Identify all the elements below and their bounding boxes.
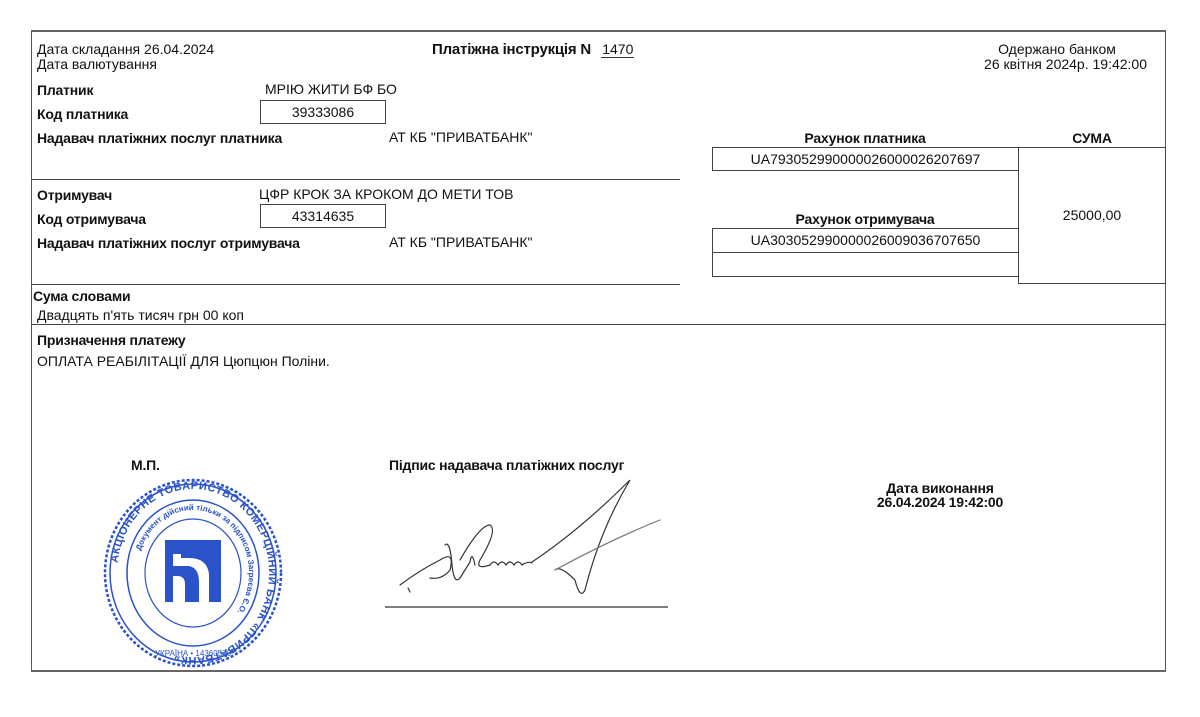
stamp-label: М.П. — [131, 458, 160, 473]
execution-datetime: 26.04.2024 19:42:00 — [840, 495, 1040, 509]
signature-icon — [380, 470, 680, 610]
payer-provider: АТ КБ "ПРИВАТБАНК" — [389, 130, 532, 145]
payer-code-label: Код платника — [37, 107, 128, 122]
date-composed: Дата складання 26.04.2024 — [37, 42, 214, 57]
execution-block: Дата виконання 26.04.2024 19:42:00 — [840, 481, 1040, 509]
instruction-label: Платіжна інструкція N — [432, 41, 591, 58]
recipient-account-label: Рахунок отримувача — [712, 212, 1018, 227]
instruction-number: 1470 — [601, 41, 634, 58]
payer-code-field: 39333086 — [260, 100, 386, 124]
recipient-label: Отримувач — [37, 188, 112, 203]
recipient-name: ЦФР КРОК ЗА КРОКОМ ДО МЕТИ ТОВ — [259, 187, 513, 202]
purpose-text: ОПЛАТА РЕАБІЛІТАЦІЇ ДЛЯ Цюпцюн Поліни. — [37, 354, 330, 369]
payer-account-field: UA793052990000026000026207697 — [712, 147, 1019, 171]
payer-label: Платник — [37, 83, 93, 98]
received-block: Одержано банком 26 квітня 2024р. 19:42:0… — [897, 42, 1147, 72]
recipient-section-divider — [31, 284, 680, 285]
received-datetime: 26 квітня 2024р. 19:42:00 — [897, 57, 1147, 72]
date-composed-value: 26.04.2024 — [144, 41, 214, 57]
recipient-provider-label: Надавач платіжних послуг отримувача — [37, 236, 300, 251]
amount-words: Двадцять п'ять тисяч грн 00 коп — [37, 308, 244, 323]
bank-stamp-icon: АКЦІОНЕРНЕ ТОВАРИСТВО КОМЕРЦІЙНИЙ БАНК «… — [103, 478, 283, 668]
purpose-label: Призначення платежу — [37, 333, 185, 348]
payer-provider-label: Надавач платіжних послуг платника — [37, 131, 282, 146]
amount-field: 25000,00 — [1018, 147, 1166, 284]
recipient-code-label: Код отримувача — [37, 212, 146, 227]
date-composed-label: Дата складання — [37, 41, 140, 57]
payer-account-label: Рахунок платника — [712, 131, 1018, 146]
amount-label: СУМА — [1018, 131, 1166, 146]
execution-label: Дата виконання — [840, 481, 1040, 495]
recipient-account-extra-field — [712, 252, 1019, 277]
amount-words-divider — [31, 324, 1166, 325]
received-label: Одержано банком — [897, 42, 1147, 57]
payer-name: МРІЮ ЖИТИ БФ БО — [265, 82, 397, 97]
payer-section-divider — [31, 179, 680, 180]
recipient-account-field: UA303052990000026009036707650 — [712, 228, 1019, 253]
recipient-code-field: 43314635 — [260, 204, 386, 228]
recipient-provider: АТ КБ "ПРИВАТБАНК" — [389, 235, 532, 250]
amount-words-label: Сума словами — [33, 289, 130, 304]
value-date-label: Дата валютування — [37, 57, 157, 72]
svg-text:УКРАЇНА • 14360570: УКРАЇНА • 14360570 — [155, 649, 232, 658]
instruction-title: Платіжна інструкція N 1470 — [432, 41, 634, 58]
